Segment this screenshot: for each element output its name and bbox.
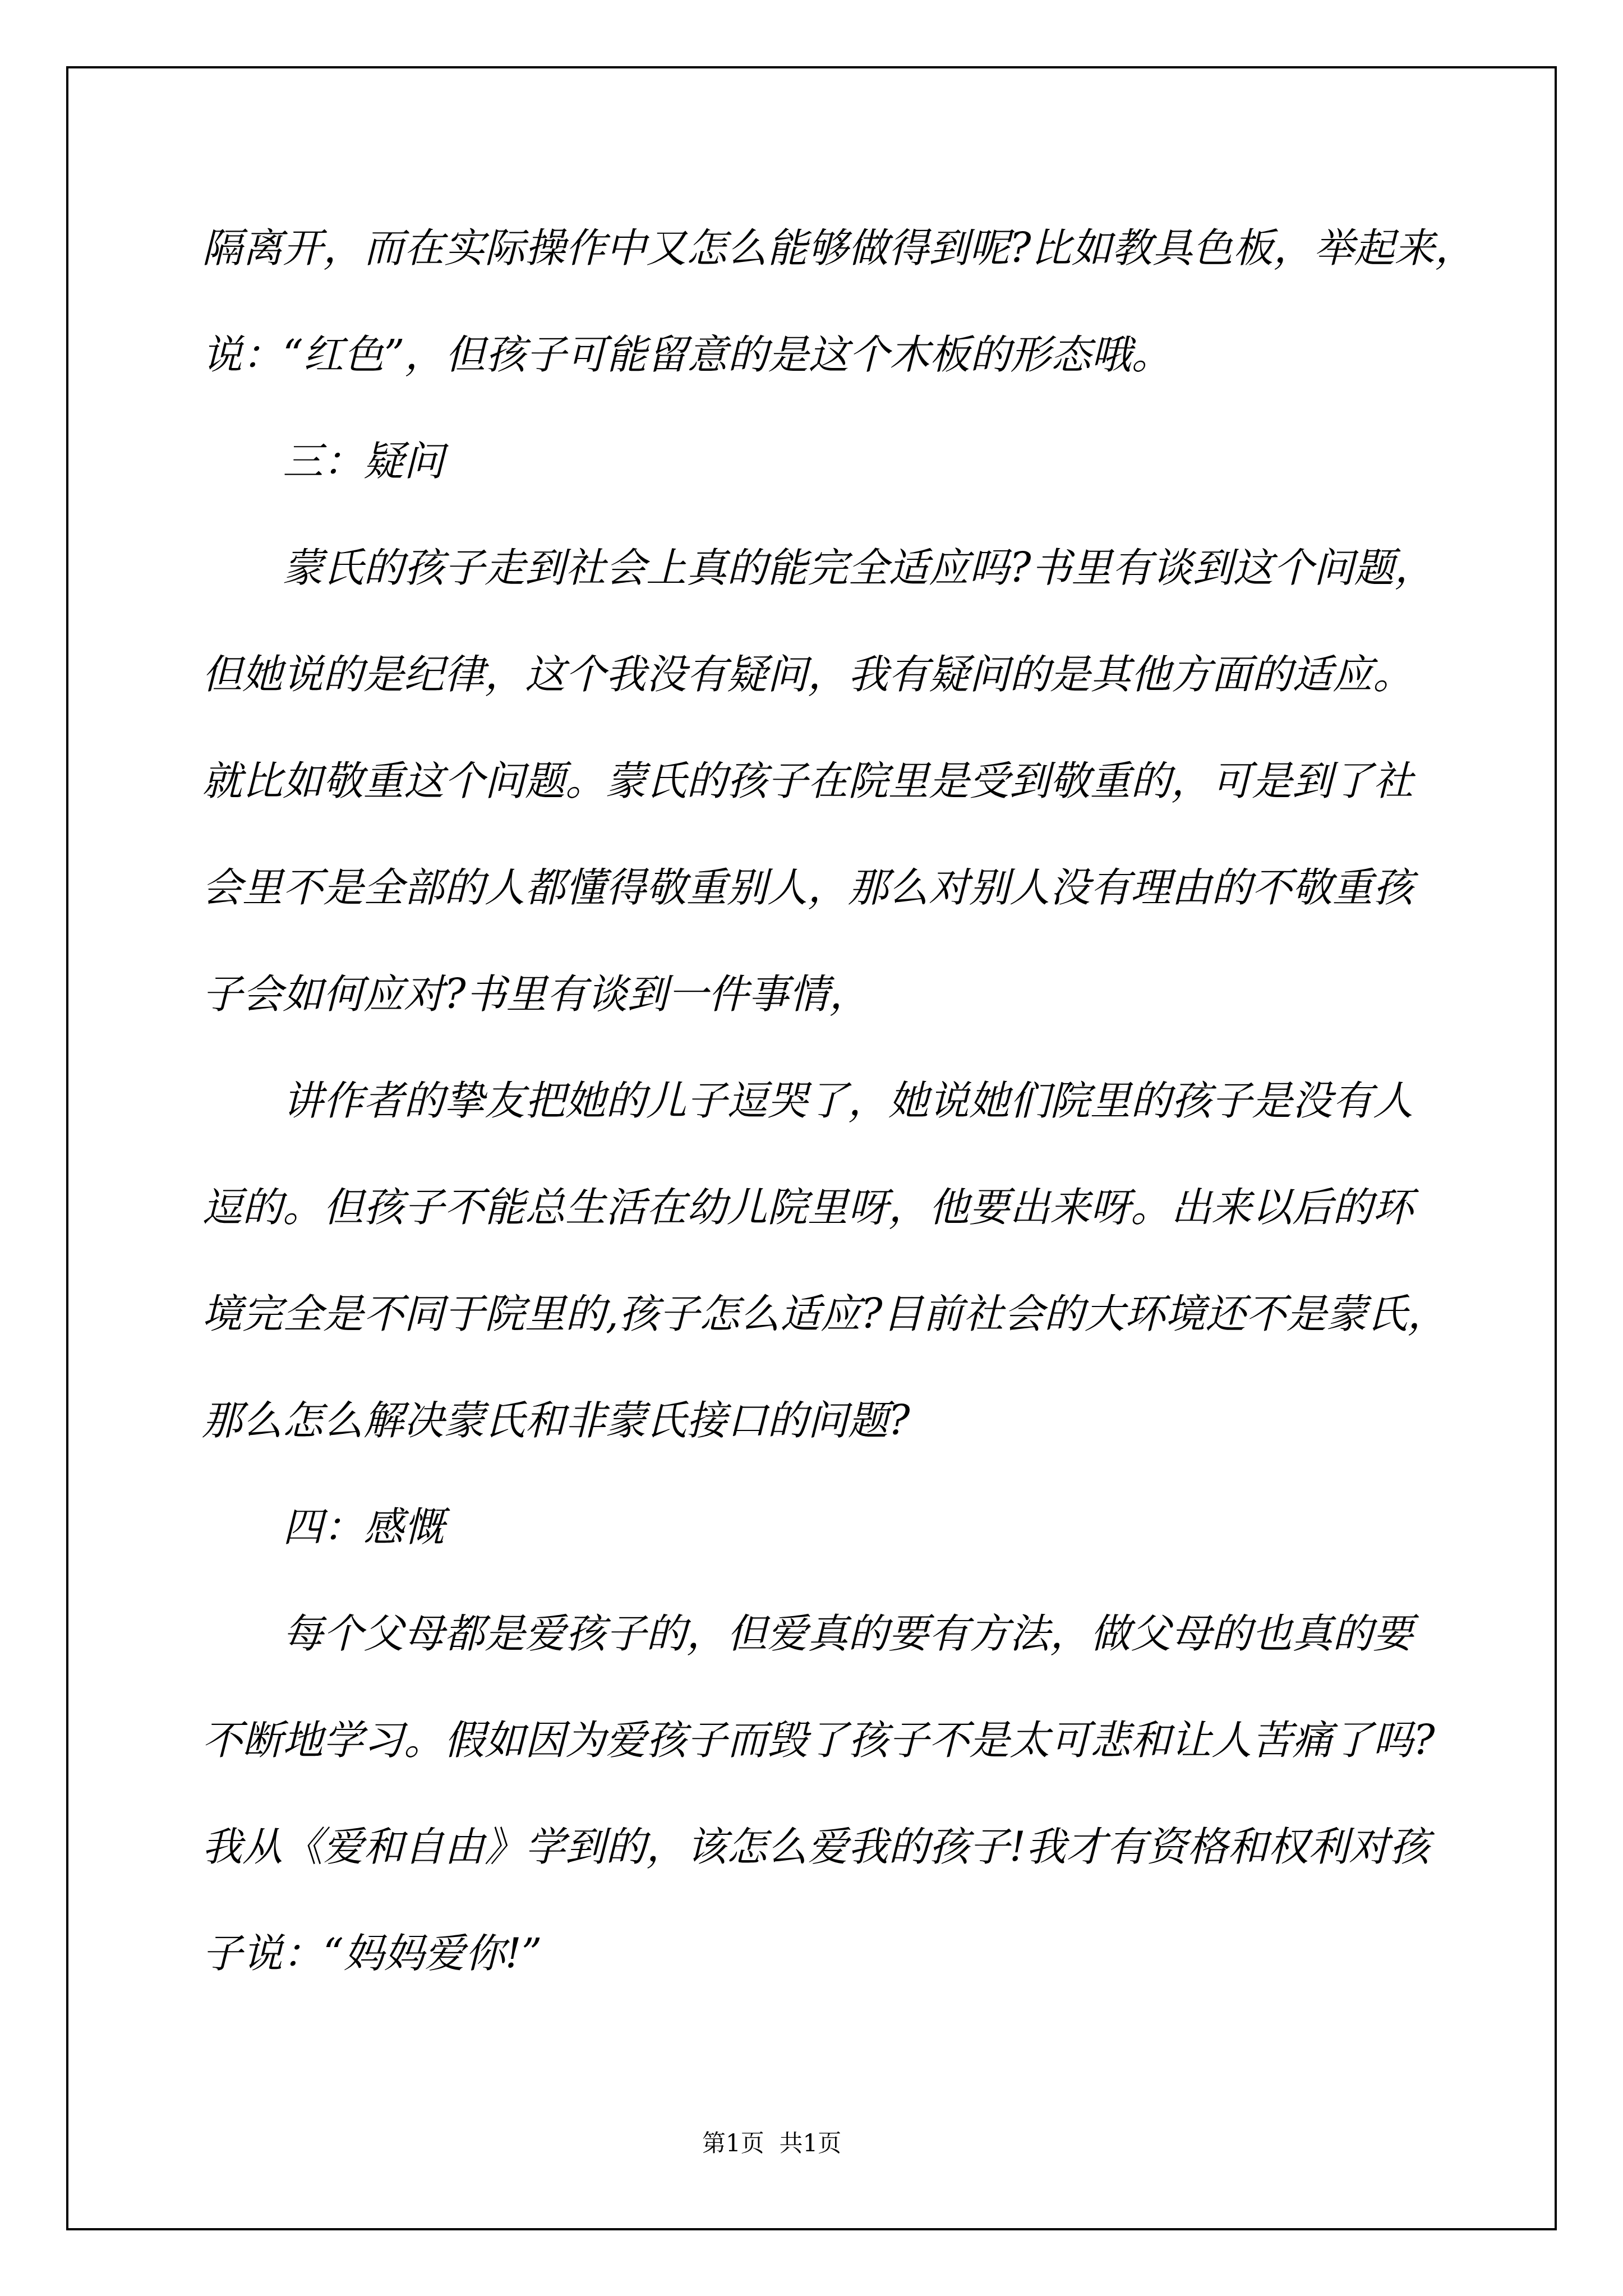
text-line: 说：“红色”，但孩子可能留意的是这个木板的形态哦。 — [202, 301, 1492, 408]
text-line: 那么怎么解决蒙氏和非蒙氏接口的问题? — [202, 1367, 1492, 1474]
text-line: 但她说的是纪律，这个我没有疑问，我有疑问的是其他方面的适应。 — [202, 621, 1492, 728]
text-line: 我从《爱和自由》学到的，该怎么爱我的孩子!我才有资格和权利对孩 — [202, 1793, 1492, 1900]
text-line: 三：疑问 — [202, 408, 1492, 514]
text-line: 境完全是不同于院里的,孩子怎么适应?目前社会的大环境还不是蒙氏， — [202, 1260, 1492, 1367]
text-line: 子说：“妈妈爱你!” — [202, 1900, 1492, 2007]
text-line: 讲作者的挚友把她的儿子逗哭了，她说她们院里的孩子是没有人 — [202, 1047, 1492, 1154]
text-line: 不断地学习。假如因为爱孩子而毁了孩子不是太可悲和让人苦痛了吗? — [202, 1687, 1492, 1793]
text-line: 四：感慨 — [202, 1474, 1492, 1580]
text-line: 逗的。但孩子不能总生活在幼儿院里呀，他要出来呀。出来以后的环 — [202, 1154, 1492, 1260]
text-line: 会里不是全部的人都懂得敬重别人，那么对别人没有理由的不敬重孩 — [202, 834, 1492, 941]
text-line: 蒙氏的孩子走到社会上真的能完全适应吗?书里有谈到这个问题， — [202, 514, 1492, 621]
text-line: 就比如敬重这个问题。蒙氏的孩子在院里是受到敬重的，可是到了社 — [202, 728, 1492, 834]
text-line: 子会如何应对?书里有谈到一件事情， — [202, 941, 1492, 1047]
page-footer: 第1页 共1页 — [702, 2129, 841, 2158]
text-line: 隔离开，而在实际操作中又怎么能够做得到呢?比如教具色板，举起来， — [202, 195, 1492, 301]
document-page: { "page": { "background_color": "#ffffff… — [0, 0, 1623, 2296]
body-text: 隔离开，而在实际操作中又怎么能够做得到呢?比如教具色板，举起来， 说：“红色”，… — [202, 195, 1492, 2007]
text-line: 每个父母都是爱孩子的，但爱真的要有方法，做父母的也真的要 — [202, 1580, 1492, 1687]
